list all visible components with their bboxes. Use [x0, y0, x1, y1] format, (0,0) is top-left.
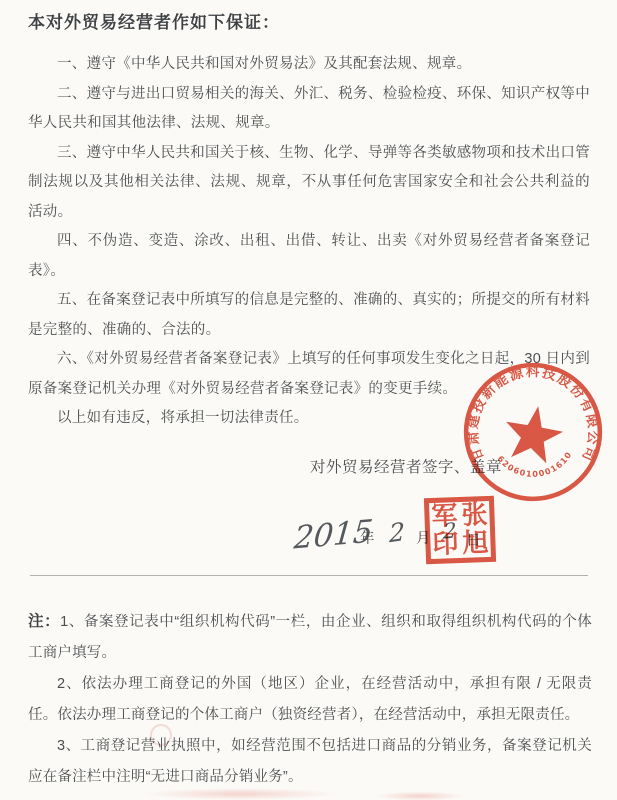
date-line: 2015 年 2 月 2 日 — [0, 505, 617, 565]
svg-text:甘肃建投新能源科技股份有限公司: 甘肃建投新能源科技股份有限公司 — [464, 363, 601, 465]
seal-char-br: 旭 — [462, 530, 489, 557]
seal-code: 6206010001610 — [495, 449, 573, 479]
guarantee-item-2: 二、遵守与进出口贸易相关的海关、外汇、税务、检验检疫、环保、知识产权等中华人民共… — [28, 80, 590, 139]
document-page: 本对外贸易经营者作如下保证： 一、遵守《中华人民共和国对外贸易法》及其配套法规、… — [0, 0, 617, 800]
note-1: 注：1、备案登记表中“组织机构代码”一栏，由企业、组织和取得组织机构代码的个体工… — [28, 606, 592, 669]
guarantee-item-4: 四、不伪造、变造、涂改、出租、出借、转让、出卖《对外贸易经营者备案登记表》。 — [28, 227, 590, 286]
section-divider — [30, 575, 588, 576]
note-3: 3、工商登记营业执照中，如经营范围不包括进口商品的分销业务，备案登记机关应在备注… — [28, 731, 592, 793]
handwritten-month: 2 — [389, 517, 405, 548]
note-1-text: 1、备案登记表中“组织机构代码”一栏，由企业、组织和取得组织机构代码的个体工商户… — [28, 614, 592, 661]
page-title: 本对外贸易经营者作如下保证： — [28, 10, 590, 36]
guarantee-item-5: 五、在备案登记表中所填写的信息是完整的、准确的、真实的；所提交的所有材料是完整的… — [28, 286, 590, 345]
year-label: 年 — [360, 527, 375, 548]
seal-star-icon — [506, 406, 563, 463]
svg-text:6206010001610: 6206010001610 — [495, 449, 573, 479]
note-label: 注： — [28, 613, 60, 630]
seal-char-tr: 张 — [461, 502, 488, 529]
seal-char-tl: 军 — [431, 503, 458, 530]
seal-char-bl: 印 — [432, 531, 459, 558]
notes-section: 注：1、备案登记表中“组织机构代码”一栏，由企业、组织和取得组织机构代码的个体工… — [28, 606, 592, 793]
personal-name-seal: 军 张 印 旭 — [424, 496, 496, 564]
guarantee-item-1: 一、遵守《中华人民共和国对外贸易法》及其配套法规、规章。 — [28, 50, 590, 80]
company-round-seal: 甘肃建投新能源科技股份有限公司 6206010001610 — [456, 355, 610, 509]
note-2: 2、依法办理工商登记的外国（地区）企业，在经营活动中，承担有限 / 无限责任。依… — [28, 669, 592, 731]
seal-company-name: 甘肃建投新能源科技股份有限公司 — [464, 363, 601, 465]
guarantee-item-3: 三、遵守中华人民共和国关于核、生物、化学、导弹等各类敏感物项和技术出口管制法规以… — [28, 139, 590, 228]
